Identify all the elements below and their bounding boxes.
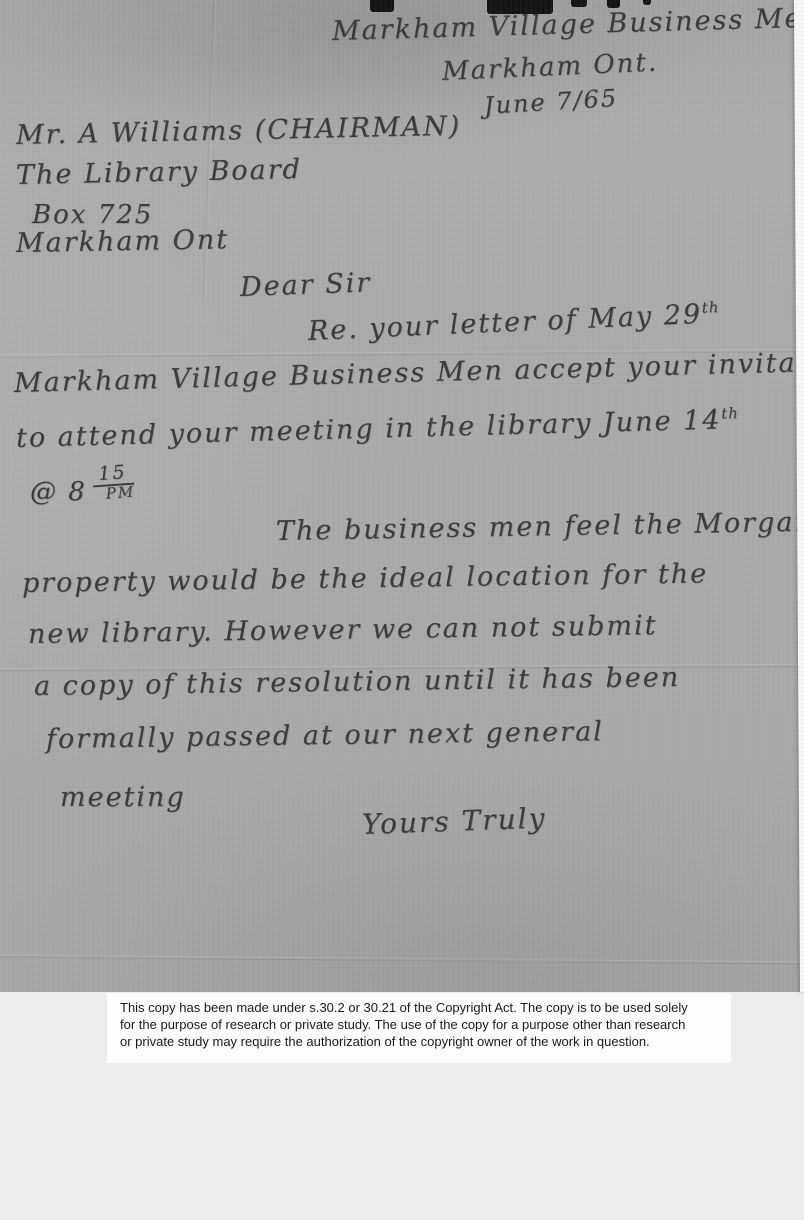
time-fraction: 15PM: [92, 463, 136, 503]
closing-signoff: Yours Truly: [361, 802, 547, 841]
body-line: meeting: [60, 782, 186, 813]
scanned-letter-page: Markham Village Business Mens Assn Markh…: [0, 0, 804, 1220]
body-ordinal-suffix: th: [721, 404, 739, 422]
letter-paper: Markham Village Business Mens Assn Markh…: [0, 0, 804, 992]
scan-artifact-mark: [370, 0, 394, 12]
letterhead-date: June 7/65: [483, 84, 619, 120]
recipient-name: Mr. A Williams (CHAIRMAN): [16, 111, 462, 151]
body-line-text: to attend your meeting in the library Ju…: [16, 405, 722, 454]
copyright-notice-line: or private study may require the authori…: [120, 1033, 731, 1050]
body-line: new library. However we can not submit: [28, 610, 658, 650]
scan-artifact-mark: [607, 0, 620, 8]
reference-ordinal-suffix: th: [701, 298, 719, 317]
recipient-city: Markham Ont: [16, 224, 230, 259]
time-at: @ 8: [30, 477, 87, 507]
scan-artifact-mark: [643, 0, 651, 5]
meeting-time: @ 815PM: [30, 464, 134, 507]
letterhead-place: Markham Ont.: [441, 48, 658, 87]
reference-text: Re. your letter of May 29: [307, 299, 702, 347]
body-line: Markham Village Business Men accept your…: [14, 346, 804, 399]
scan-artifact-mark: [571, 0, 587, 7]
reference-line: Re. your letter of May 29th: [307, 298, 720, 347]
copyright-notice-box: This copy has been made under s.30.2 or …: [107, 993, 731, 1063]
scan-edge-strip: [794, 0, 804, 992]
copyright-notice-line: for the purpose of research or private s…: [120, 1016, 731, 1033]
paper-crease: [0, 954, 804, 964]
letterhead-org: Markham Village Business Mens Assn: [332, 0, 804, 47]
recipient-org: The Library Board: [16, 154, 303, 191]
body-line: to attend your meeting in the library Ju…: [16, 404, 740, 454]
body-line: property would be the ideal location for…: [22, 558, 709, 599]
copyright-notice-line: This copy has been made under s.30.2 or …: [120, 999, 731, 1016]
body-line: formally passed at our next general: [46, 716, 604, 755]
salutation: Dear Sir: [239, 267, 371, 303]
body-line: a copy of this resolution until it has b…: [34, 662, 681, 702]
time-meridiem: PM: [93, 485, 135, 503]
body-line: The business men feel the Morgan: [276, 507, 804, 547]
